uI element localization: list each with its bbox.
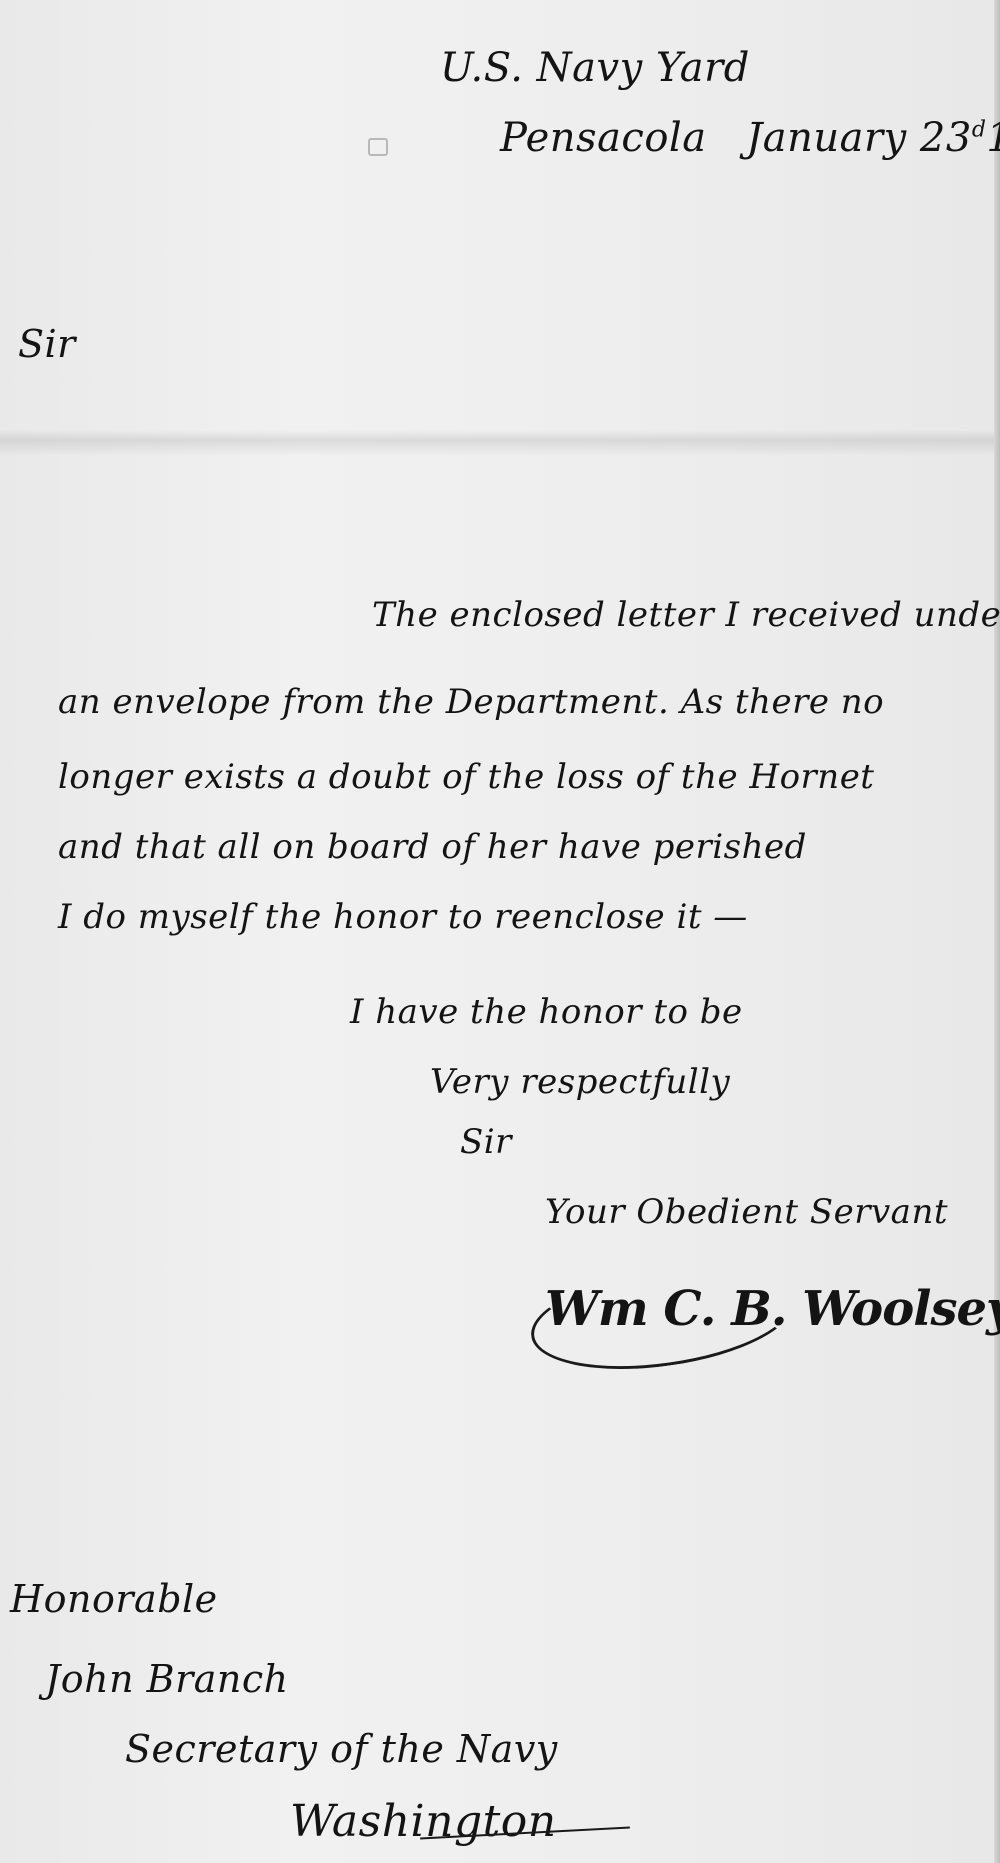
closing-line: Very respectfully	[430, 1065, 730, 1099]
heading-date-suffix: d	[972, 118, 987, 143]
closing-line: I have the honor to be	[350, 995, 743, 1029]
heading-date: January 23	[746, 115, 972, 161]
closing-line: Your Obedient Servant	[545, 1195, 948, 1229]
body-line: longer exists a doubt of the loss of the…	[58, 760, 874, 794]
letter-heading-place-date: Pensacola January 23d1830.	[500, 118, 1000, 158]
heading-place: Pensacola	[500, 115, 707, 161]
body-line: I do myself the honor to reenclose it —	[58, 900, 748, 934]
salutation: Sir	[18, 325, 76, 363]
body-line: The enclosed letter I received under	[372, 598, 1000, 632]
closing-line: Sir	[460, 1125, 512, 1159]
addressee-name: John Branch	[45, 1660, 289, 1698]
addressee-title: Secretary of the Navy	[125, 1730, 558, 1768]
addressee-honorific: Honorable	[10, 1580, 218, 1618]
letter-heading-location: U.S. Navy Yard	[440, 48, 750, 88]
signature: Wm C. B. Woolsey	[545, 1285, 1000, 1333]
paper-edge	[994, 0, 1000, 1863]
faint-stamp-mark	[368, 138, 388, 156]
body-line: an envelope from the Department. As ther…	[58, 685, 884, 719]
heading-year: 1830.	[986, 115, 1000, 161]
body-line: and that all on board of her have perish…	[58, 830, 807, 864]
letter-page: U.S. Navy Yard Pensacola January 23d1830…	[0, 0, 1000, 1863]
